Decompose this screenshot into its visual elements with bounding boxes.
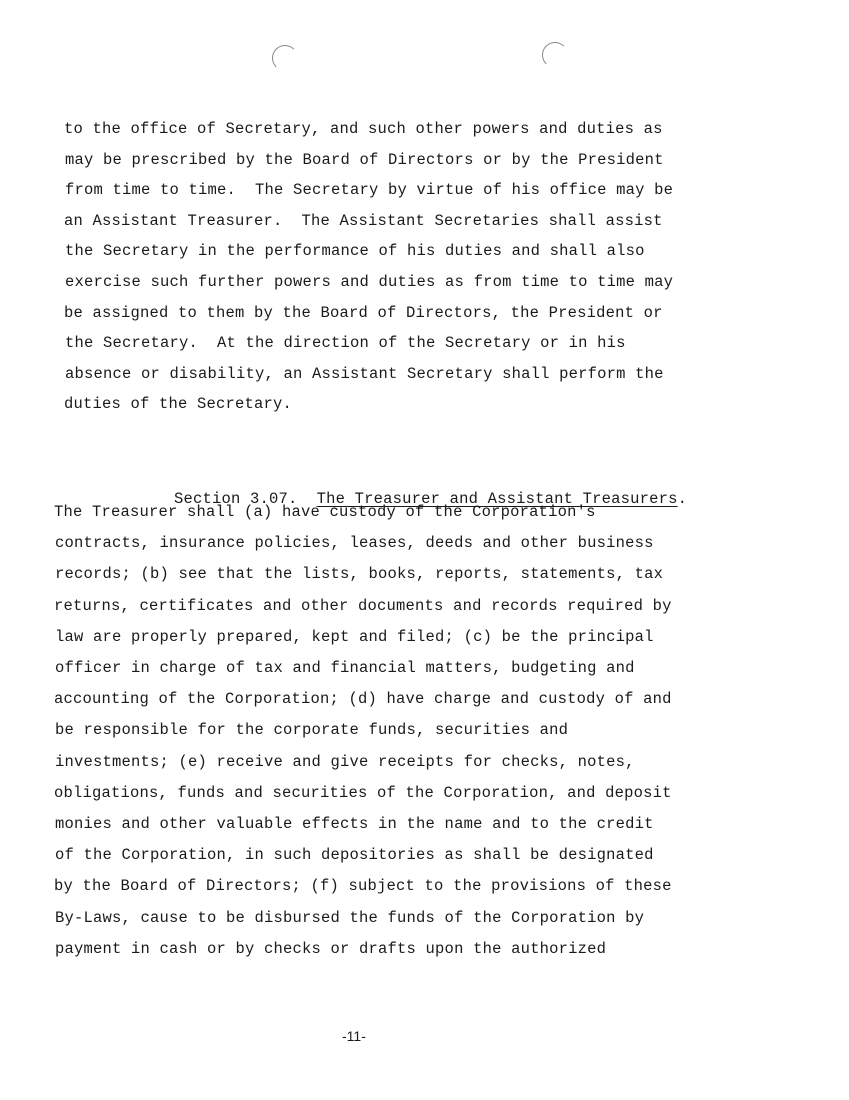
text-line: duties of the Secretary. [64,395,292,413]
punch-hole-left [272,45,298,71]
text-line: law are properly prepared, kept and file… [55,628,654,646]
text-line: accounting of the Corporation; (d) have … [54,690,672,708]
text-line: returns, certificates and other document… [54,597,672,615]
text-line: the Secretary. At the direction of the S… [65,334,626,352]
text-line: records; (b) see that the lists, books, … [55,565,663,583]
text-line: the Secretary in the performance of his … [65,242,645,260]
punch-hole-right [542,42,568,68]
text-line: The Treasurer shall (a) have custody of … [54,503,596,521]
section-title-period: . [678,490,688,508]
text-line: obligations, funds and securities of the… [54,784,672,802]
text-line: monies and other valuable effects in the… [55,815,654,833]
text-line: absence or disability, an Assistant Secr… [65,365,664,383]
text-line: exercise such further powers and duties … [65,273,673,291]
text-line: payment in cash or by checks or drafts u… [55,940,606,958]
text-line: from time to time. The Secretary by virt… [65,181,673,199]
text-line: contracts, insurance policies, leases, d… [55,534,654,552]
text-line: may be prescribed by the Board of Direct… [65,151,664,169]
text-line: by the Board of Directors; (f) subject t… [54,877,672,895]
page-number: -11- [342,1028,366,1044]
text-line: to the office of Secretary, and such oth… [64,120,663,138]
text-line: be assigned to them by the Board of Dire… [64,304,663,322]
text-line: be responsible for the corporate funds, … [55,721,568,739]
text-line: an Assistant Treasurer. The Assistant Se… [64,212,663,230]
text-line: of the Corporation, in such depositories… [55,846,654,864]
text-line: investments; (e) receive and give receip… [55,753,635,771]
text-line: By-Laws, cause to be disbursed the funds… [55,909,644,927]
text-line: officer in charge of tax and financial m… [55,659,635,677]
